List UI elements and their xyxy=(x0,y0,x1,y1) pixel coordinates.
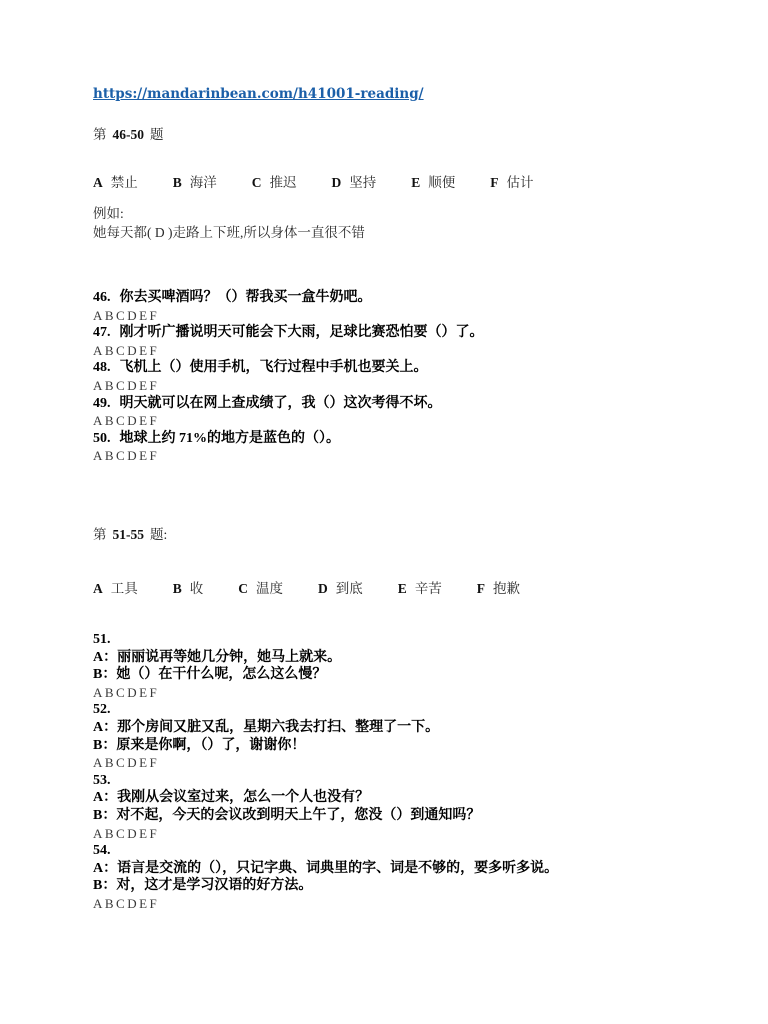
section2-heading-suffix: 题: xyxy=(150,527,167,542)
question-text: 飞机上（）使用手机，飞行过程中手机也要关上。 xyxy=(120,360,428,375)
section1-heading-suffix: 题 xyxy=(150,127,164,142)
answer-letters: ABCDEF xyxy=(93,307,668,325)
answer-letters: ABCDEF xyxy=(93,825,668,843)
option-word: 抱歉 xyxy=(493,581,520,596)
question-54-number: 54. xyxy=(93,842,668,860)
section1-heading-prefix: 第 xyxy=(93,127,107,142)
questions-46-50: 46.你去买啤酒吗？（）帮我买一盒牛奶吧。 ABCDEF 47.刚才听广播说明天… xyxy=(93,289,668,465)
option-letter: A xyxy=(93,581,103,596)
option-word: 推迟 xyxy=(270,175,297,190)
question-48: 48.飞机上（）使用手机，飞行过程中手机也要关上。 xyxy=(93,359,668,377)
question-51-number: 51. xyxy=(93,631,668,649)
word-option-f: F估计 xyxy=(490,171,533,191)
answer-letters: ABCDEF xyxy=(93,342,668,360)
word-option-d: D坚持 xyxy=(332,171,377,191)
option-word: 估计 xyxy=(507,175,534,190)
question-number: 47. xyxy=(93,325,111,340)
section1-heading-range: 46-50 xyxy=(113,127,145,142)
answer-letters: ABCDEF xyxy=(93,447,668,465)
source-url-link[interactable]: https://mandarinbean.com/h41001-reading/ xyxy=(93,86,424,102)
question-text: 地球上约 71%的地方是蓝色的（）。 xyxy=(120,431,341,446)
question-47: 47.刚才听广播说明天可能会下大雨，足球比赛恐怕要（）了。 xyxy=(93,324,668,342)
word-option-f: F抱歉 xyxy=(477,577,520,597)
option-word: 收 xyxy=(190,581,204,596)
word-option-e: E顺便 xyxy=(411,171,455,191)
answer-letters: ABCDEF xyxy=(93,754,668,772)
question-number: 50. xyxy=(93,431,111,446)
dialogue-line-b: B：原来是你啊，（）了，谢谢你！ xyxy=(93,737,668,755)
option-letter: D xyxy=(332,175,342,190)
dialogue-line-a: A：语言是交流的（），只记字典、词典里的字、词是不够的，要多听多说。 xyxy=(93,860,668,878)
question-52-number: 52. xyxy=(93,701,668,719)
option-word: 坚持 xyxy=(349,175,376,190)
example-label: 例如: xyxy=(93,204,365,223)
document-page: https://mandarinbean.com/h41001-reading/… xyxy=(0,0,768,1024)
word-option-b: B收 xyxy=(173,577,204,597)
section2-word-bank: A工具 B收 C温度 D到底 E辛苦 F抱歉 xyxy=(93,577,520,597)
dialogue-line-b: B：对，这才是学习汉语的好方法。 xyxy=(93,877,668,895)
option-letter: C xyxy=(252,175,262,190)
word-option-d: D到底 xyxy=(318,577,363,597)
question-text: 刚才听广播说明天可能会下大雨，足球比赛恐怕要（）了。 xyxy=(120,325,484,340)
section1-word-bank: A禁止 B海洋 C推迟 D坚持 E顺便 F估计 xyxy=(93,171,534,191)
question-49: 49.明天就可以在网上查成绩了，我（）这次考得不坏。 xyxy=(93,395,668,413)
question-number: 46. xyxy=(93,290,111,305)
word-option-b: B海洋 xyxy=(173,171,217,191)
word-option-a: A工具 xyxy=(93,577,138,597)
option-letter: B xyxy=(173,175,182,190)
section2-heading-prefix: 第 xyxy=(93,527,107,542)
section2-heading-range: 51-55 xyxy=(113,527,145,542)
question-number: 48. xyxy=(93,360,111,375)
question-text: 明天就可以在网上查成绩了，我（）这次考得不坏。 xyxy=(120,396,442,411)
dialogue-line-b: B：对不起，今天的会议改到明天上午了，您没（）到通知吗？ xyxy=(93,807,668,825)
option-word: 到底 xyxy=(336,581,363,596)
answer-letters: ABCDEF xyxy=(93,684,668,702)
section2-heading: 第51-55题: xyxy=(93,523,167,543)
dialogue-line-a: A：丽丽说再等她几分钟，她马上就来。 xyxy=(93,649,668,667)
option-word: 禁止 xyxy=(111,175,138,190)
dialogue-line-a: A：那个房间又脏又乱，星期六我去打扫、整理了一下。 xyxy=(93,719,668,737)
question-text: 你去买啤酒吗？（）帮我买一盒牛奶吧。 xyxy=(120,290,372,305)
question-46: 46.你去买啤酒吗？（）帮我买一盒牛奶吧。 xyxy=(93,289,668,307)
option-letter: F xyxy=(490,175,498,190)
question-number: 49. xyxy=(93,396,111,411)
option-word: 顺便 xyxy=(428,175,455,190)
option-letter: D xyxy=(318,581,328,596)
option-letter: E xyxy=(398,581,407,596)
option-letter: B xyxy=(173,581,182,596)
word-option-c: C温度 xyxy=(238,577,283,597)
option-word: 工具 xyxy=(111,581,138,596)
option-word: 温度 xyxy=(256,581,283,596)
option-word: 辛苦 xyxy=(415,581,442,596)
dialogue-line-b: B：她（）在干什么呢，怎么这么慢？ xyxy=(93,666,668,684)
question-50: 50.地球上约 71%的地方是蓝色的（）。 xyxy=(93,430,668,448)
word-option-e: E辛苦 xyxy=(398,577,442,597)
option-letter: C xyxy=(238,581,248,596)
word-option-c: C推迟 xyxy=(252,171,297,191)
dialogue-line-a: A：我刚从会议室过来，怎么一个人也没有？ xyxy=(93,789,668,807)
answer-letters: ABCDEF xyxy=(93,412,668,430)
option-letter: A xyxy=(93,175,103,190)
questions-51-55: 51. A：丽丽说再等她几分钟，她马上就来。 B：她（）在干什么呢，怎么这么慢？… xyxy=(93,631,668,913)
question-53-number: 53. xyxy=(93,772,668,790)
option-letter: E xyxy=(411,175,420,190)
option-letter: F xyxy=(477,581,485,596)
answer-letters: ABCDEF xyxy=(93,895,668,913)
example-block: 例如: 她每天都( D )走路上下班,所以身体一直很不错 xyxy=(93,204,365,242)
example-text: 她每天都( D )走路上下班,所以身体一直很不错 xyxy=(93,223,365,242)
option-word: 海洋 xyxy=(190,175,217,190)
answer-letters: ABCDEF xyxy=(93,377,668,395)
word-option-a: A禁止 xyxy=(93,171,138,191)
section1-heading: 第46-50题 xyxy=(93,123,164,143)
